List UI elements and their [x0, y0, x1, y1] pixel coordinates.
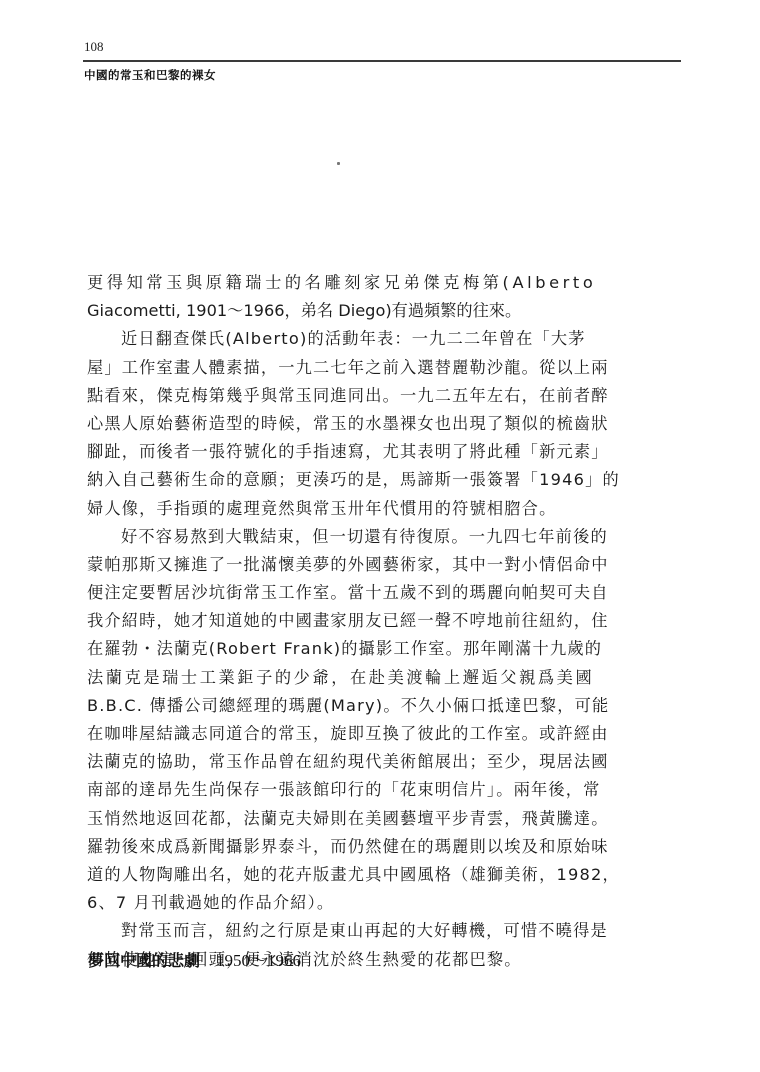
text-line: 在咖啡屋結識志同道合的常玉，旋即互換了彼此的工作室。或許經由	[87, 720, 599, 748]
text-line: 蒙帕那斯又擁進了一批滿懷美夢的外國藝術家，其中一對小情侶命中	[87, 551, 599, 579]
running-title: 中國的常玉和巴黎的裸女	[84, 67, 216, 83]
page-number: 108	[84, 39, 104, 55]
text-line: 我介紹時，她才知道她的中國畫家朋友已經一聲不哼地前往紐約，住	[87, 607, 599, 635]
body-text: 更得知常玉與原籍瑞士的名雕刻家兄弟傑克梅第(Alberto Giacometti…	[87, 269, 599, 974]
text-line: 納入自己藝術生命的意願；更湊巧的是，馬諦斯一張簽署「1946」的	[87, 466, 599, 494]
text-line: Giacometti, 1901～1966，弟名 Diego)有過頻繁的往來。	[87, 297, 599, 325]
text-line: 屋」工作室畫人體素描，一九二七年之前入選替麗勒沙龍。從以上兩	[87, 354, 599, 382]
text-line: B.B.C. 傳播公司總經理的瑪麗(Mary)。不久小倆口抵達巴黎，可能	[87, 692, 599, 720]
text-line: 婦人像，手指頭的處理竟然與常玉卅年代慣用的符號相脗合。	[87, 495, 599, 523]
text-line: 法蘭克是瑞士工業鉅子的少爺，在赴美渡輪上邂逅父親爲美國	[87, 664, 599, 692]
header-rule	[83, 60, 681, 62]
paragraph-start-line: 好不容易熬到大戰結束，但一切還有待復原。一九四七年前後的	[87, 523, 599, 551]
text-line: 玉悄然地返回花都，法蘭克夫婦則在美國藝壇平步青雲，飛黃騰達。	[87, 805, 599, 833]
text-line: 羅勃後來成爲新聞攝影界泰斗，而仍然健在的瑪麗則以埃及和原始味	[87, 833, 599, 861]
section-heading-title: 夢回中國的悲劇	[88, 951, 200, 970]
text-line: 心黑人原始藝術造型的時候，常玉的水墨裸女也出現了類似的梳齒狀	[87, 410, 599, 438]
text-line: 更得知常玉與原籍瑞士的名雕刻家兄弟傑克梅第(Alberto	[87, 269, 599, 297]
text-line: 在羅勃・法蘭克(Robert Frank)的攝影工作室。那年剛滿十九歲的	[87, 635, 599, 663]
section-heading: 夢回中國的悲劇1950～1966	[88, 946, 301, 971]
section-heading-years: 1950～1966	[216, 951, 301, 970]
text-line: 南部的達昂先生尚保存一張該館印行的「花束明信片」。兩年後，常	[87, 776, 599, 804]
paragraph-start-line: 對常玉而言，紐約之行原是東山再起的大好轉機，可惜不曉得是	[87, 917, 599, 945]
text-line: 點看來，傑克梅第幾乎與常玉同進同出。一九二五年左右，在前者醉	[87, 382, 599, 410]
scan-speck	[337, 162, 340, 165]
text-line: 法蘭克的協助，常玉作品曾在紐約現代美術館展出；至少，現居法國	[87, 748, 599, 776]
paragraph-start-line: 近日翻查傑氏(Alberto)的活動年表：一九二二年曾在「大茅	[87, 325, 599, 353]
text-line: 道的人物陶雕出名，她的花卉版畫尤具中國風格（雄獅美術，1982，	[87, 861, 599, 889]
text-line: 6、7 月刊載過她的作品介紹）。	[87, 889, 599, 917]
text-line: 便注定要暫居沙坑街常玉工作室。當十五歲不到的瑪麗向帕契可夫自	[87, 579, 599, 607]
text-line: 腳趾，而後者一張符號化的手指速寫，尤其表明了將此種「新元素」	[87, 438, 599, 466]
